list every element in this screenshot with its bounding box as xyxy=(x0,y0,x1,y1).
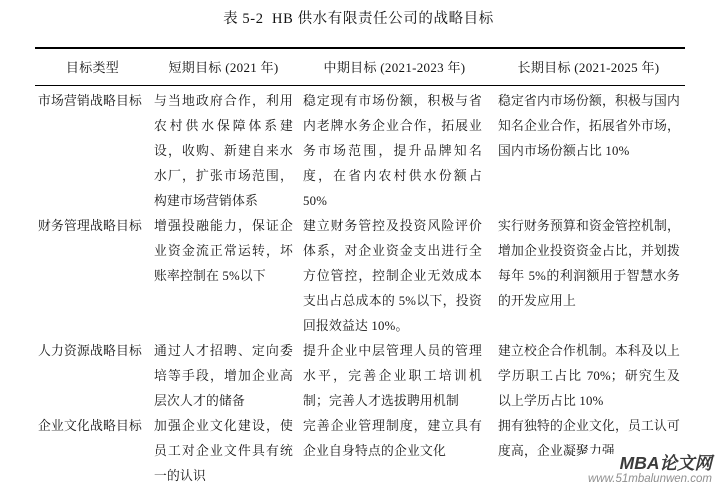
column-header-mid-term: 中期目标 (2021-2023 年) xyxy=(297,57,492,76)
document-page: 表 5-2 HB 供水有限责任公司的战略目标 目标类型 短期目标 (2021 年… xyxy=(0,0,717,487)
cell-mid-term: 完善企业管理制度，建立具有企业自身特点的企业文化 xyxy=(297,414,492,487)
column-header-long-term: 长期目标 (2021-2025 年) xyxy=(492,57,685,76)
cell-mid-term: 稳定现有市场份额，积极与省内老牌水务企业合作，拓展业务市场范围，提升品牌知名度，… xyxy=(297,89,492,214)
cell-long-term: 稳定省内市场份额，积极与国内知名企业合作，拓展省外市场，国内市场份额占比 10% xyxy=(492,89,685,214)
cell-short-term: 加强企业文化建设，使员工对企业文件具有统一的认识 xyxy=(150,414,297,487)
cell-mid-term: 提升企业中层管理人员的管理水平，完善企业职工培训机制；完善人才选拔聘用机制 xyxy=(297,339,492,414)
cell-mid-term: 建立财务管控及投资风险评价体系，对企业资金支出进行全方位管控，控制企业无效成本支… xyxy=(297,214,492,339)
table-row-marketing: 市场营销战略目标 与当地政府合作，利用农村供水保障体系建设，收购、新建自来水水厂… xyxy=(35,89,685,214)
column-header-short-term: 短期目标 (2021 年) xyxy=(150,57,297,76)
cell-short-term: 通过人才招聘、定向委培等手段，增加企业高层次人才的储备 xyxy=(150,339,297,414)
cell-long-term: 建立校企合作机制。本科及以上学历职工占比 70%；研究生及以上学历占比 10% xyxy=(492,339,685,414)
cell-short-term: 增强投融能力，保证企业资金流正常运转，坏账率控制在 5%以下 xyxy=(150,214,297,339)
cell-goal-type: 财务管理战略目标 xyxy=(35,214,150,339)
table-row-hr: 人力资源战略目标 通过人才招聘、定向委培等手段，增加企业高层次人才的储备 提升企… xyxy=(35,339,685,414)
table-caption: 表 5-2 HB 供水有限责任公司的战略目标 xyxy=(0,7,717,28)
table-body: 市场营销战略目标 与当地政府合作，利用农村供水保障体系建设，收购、新建自来水水厂… xyxy=(35,86,685,487)
site-watermark: MBA论文网 www.51mbalunwen.com xyxy=(580,454,714,487)
column-header-goal-type: 目标类型 xyxy=(35,57,150,76)
cell-long-term: 实行财务预算和资金管控机制，增加企业投资资金占比，并划拨每年 5%的利润额用于智… xyxy=(492,214,685,339)
watermark-url-text: www.51mbalunwen.com xyxy=(588,473,712,486)
table-row-finance: 财务管理战略目标 增强投融能力，保证企业资金流正常运转，坏账率控制在 5%以下 … xyxy=(35,214,685,339)
cell-goal-type: 市场营销战略目标 xyxy=(35,89,150,214)
cell-short-term: 与当地政府合作，利用农村供水保障体系建设，收购、新建自来水水厂，扩张市场范围，构… xyxy=(150,89,297,214)
table-header-row: 目标类型 短期目标 (2021 年) 中期目标 (2021-2023 年) 长期… xyxy=(35,49,685,86)
strategy-goals-table: 目标类型 短期目标 (2021 年) 中期目标 (2021-2023 年) 长期… xyxy=(35,47,685,487)
cell-goal-type: 人力资源战略目标 xyxy=(35,339,150,414)
cell-goal-type: 企业文化战略目标 xyxy=(35,414,150,487)
watermark-brand-text: MBA论文网 xyxy=(588,454,712,473)
